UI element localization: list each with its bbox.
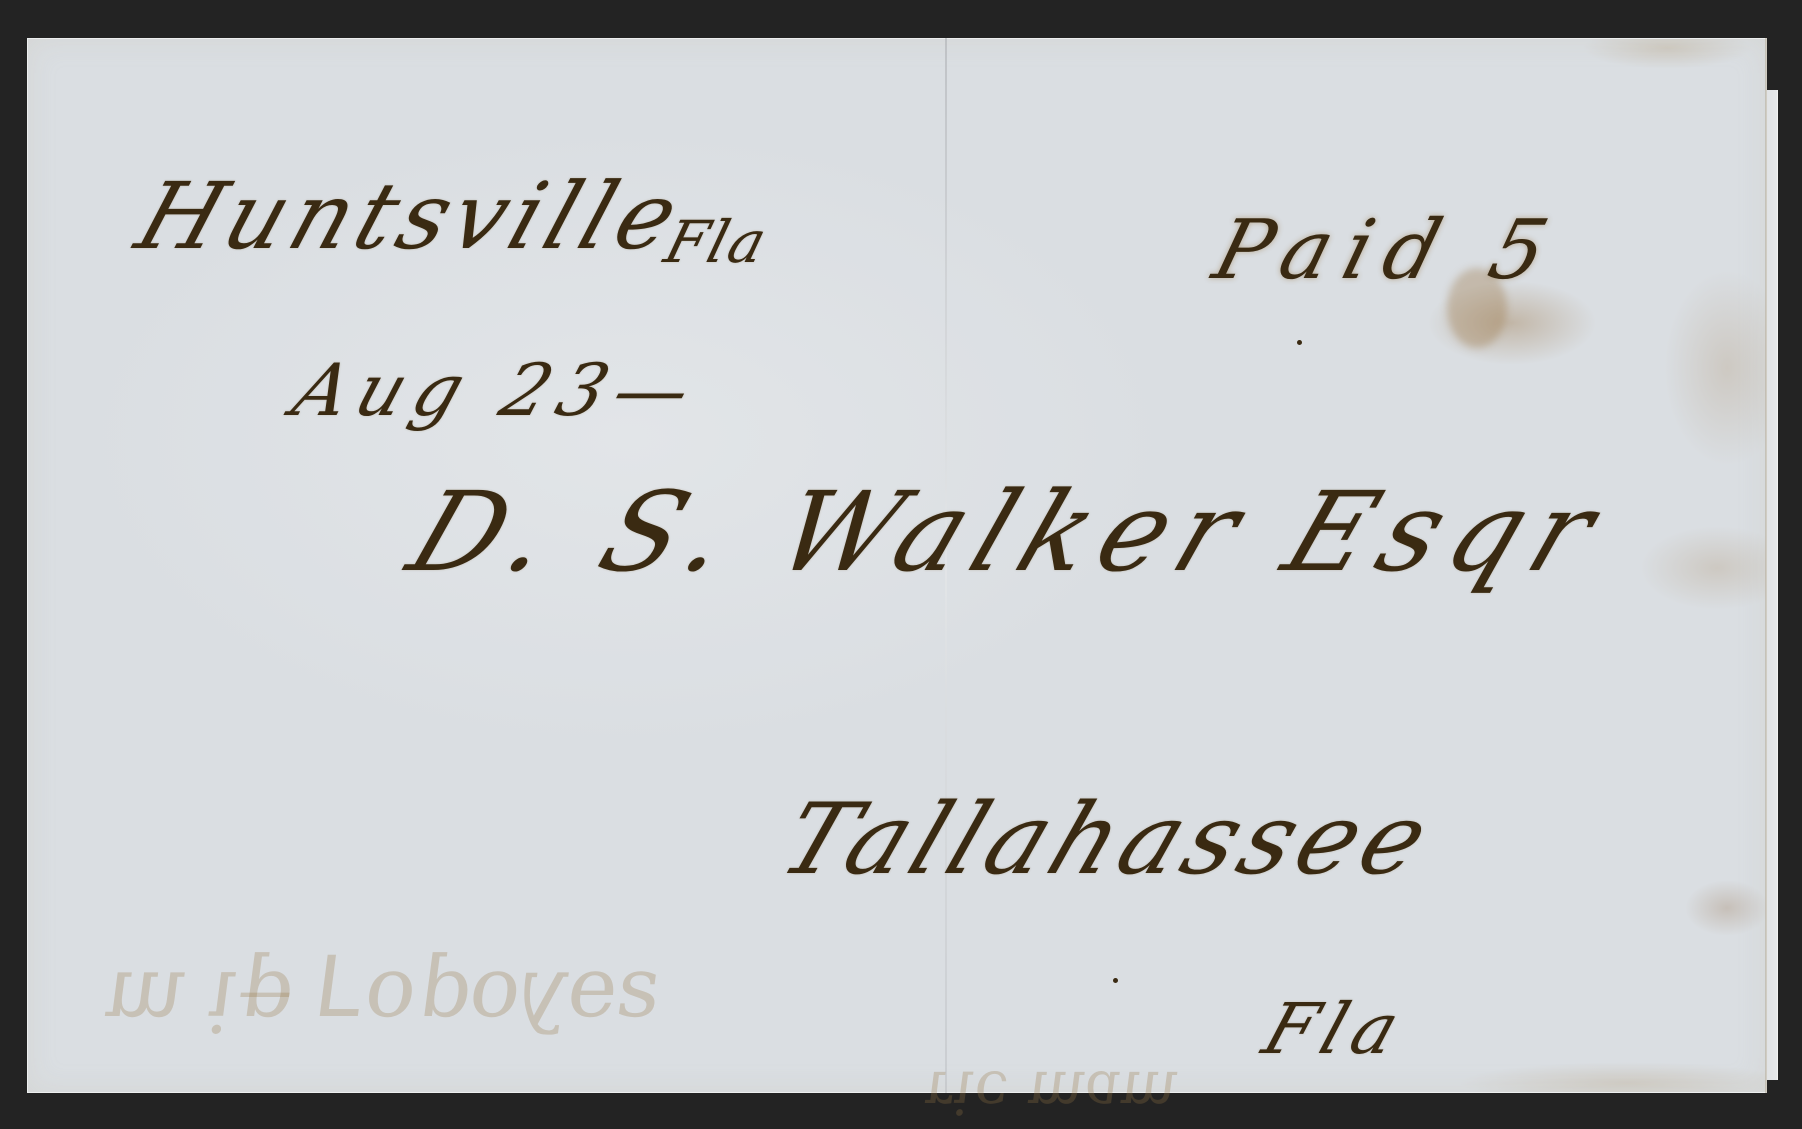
edge-fold-crease — [1765, 38, 1767, 1093]
letter-sheet: ƨɘyodo⅃ d̶ᴉ ɯ ɯɐɯ ɔᴉɹ Huntsville Fla Aug… — [27, 38, 1767, 1093]
addressee-name: D. S. Walker Esqr — [394, 468, 1623, 596]
mailing-date-manuscript: Aug 23— — [283, 348, 711, 432]
origin-town-manuscript: Huntsville — [125, 163, 697, 270]
paid-rate-marking: Paid 5 — [1204, 203, 1571, 298]
ink-dot — [1113, 978, 1118, 983]
destination-city: Tallahassee — [766, 783, 1449, 897]
bleed-through-text: ƨɘyodo⅃ d̶ᴉ ɯ — [91, 938, 679, 1036]
ink-dot — [1297, 340, 1302, 345]
destination-state: Fla — [1254, 988, 1417, 1070]
origin-state-manuscript: Fla — [658, 208, 776, 276]
bleed-through-text: ɯɐɯ ɔᴉɹ — [916, 1048, 1190, 1118]
